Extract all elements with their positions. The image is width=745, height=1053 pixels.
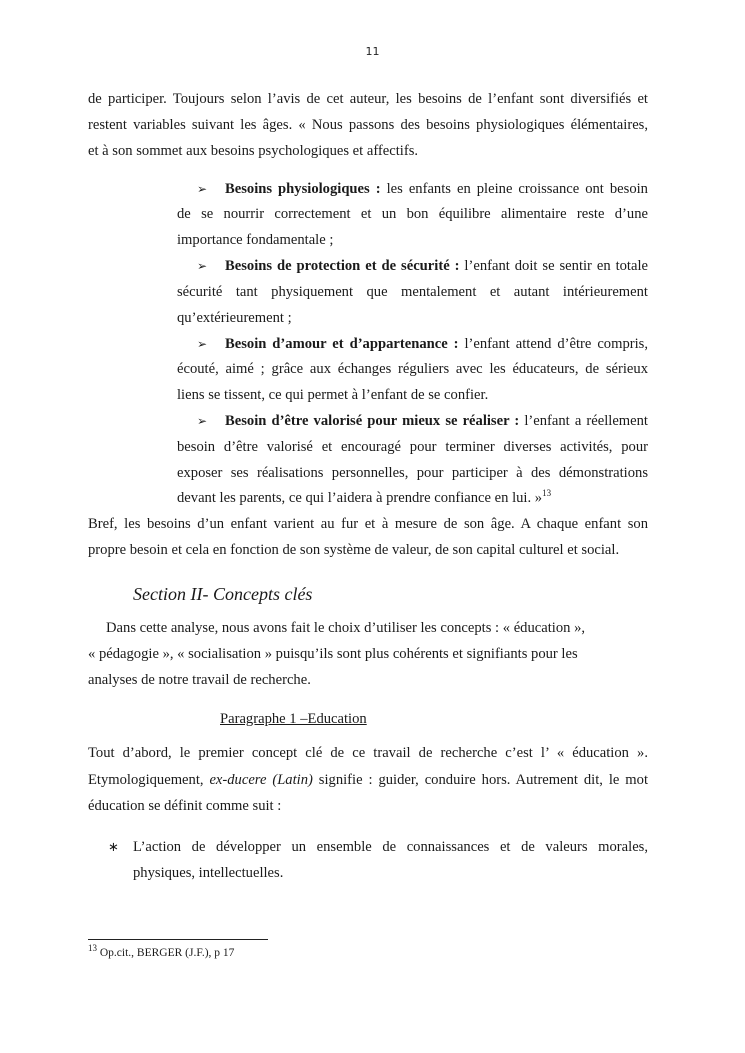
bullet-text: devant les parents, ce qui l’aidera à pr… [177,489,648,507]
bullet-text: écouté, aimé ; grâce aux échanges réguli… [177,360,648,378]
bullet-title: Besoin d’amour et d’appartenance : [225,336,459,352]
bullet-title: Besoin d’être valorisé pour mieux se réa… [225,413,519,429]
body-text: éducation se définit comme suit : [88,797,648,815]
body-text: restent variables suivant les âges. « No… [88,116,648,134]
star-bullet-icon: ∗ [108,839,119,855]
arrow-bullet-icon: ➢ [197,412,225,430]
section-heading: Section II- Concepts clés [133,584,312,605]
bullet-item: ➢Besoin d’être valorisé pour mieux se ré… [177,412,648,430]
body-text: Bref, les besoins d’un enfant varient au… [88,515,648,533]
bullet-text: exposer ses réalisations personnelles, p… [177,464,648,482]
bullet-text: sécurité tant physiquement que mentaleme… [177,283,648,301]
body-text: « pédagogie », « socialisation » puisqu’… [88,645,648,663]
latin-term: ex-ducere (Latin) [209,772,312,788]
footnote: 13 Op.cit., BERGER (J.F.), p 17 [88,947,234,959]
footnote-ref[interactable]: 13 [542,488,551,498]
bullet-text: liens se tissent, ce qui permet à l’enfa… [177,386,648,404]
bullet-title: Besoins de protection et de sécurité : [225,258,459,274]
body-text: Tout d’abord, le premier concept clé de … [88,744,648,762]
bullet-text: de se nourrir correctement et un bon équ… [177,205,648,223]
body-text: de participer. Toujours selon l’avis de … [88,90,648,108]
bullet-item: ➢Besoins de protection et de sécurité : … [177,257,648,275]
bullet-item: ➢Besoins physiologiques : les enfants en… [177,180,648,198]
arrow-bullet-icon: ➢ [197,180,225,198]
footnote-number: 13 [88,943,97,953]
body-text: propre besoin et cela en fonction de son… [88,541,648,559]
arrow-bullet-icon: ➢ [197,335,225,353]
bullet-text: importance fondamentale ; [177,231,648,249]
body-text: Dans cette analyse, nous avons fait le c… [106,619,666,637]
bullet-text: besoin d’être valorisé et encouragé pour… [177,438,648,456]
arrow-bullet-icon: ➢ [197,257,225,275]
body-text: analyses de notre travail de recherche. [88,671,648,689]
body-text: Etymologiquement, ex-ducere (Latin) sign… [88,771,648,789]
paragraph-heading: Paragraphe 1 –Education [220,711,367,728]
body-text: et à son sommet aux besoins psychologiqu… [88,142,648,160]
footnote-separator [88,939,268,940]
bullet-text: L’action de développer un ensemble de co… [133,838,648,856]
bullet-item: ➢Besoin d’amour et d’appartenance : l’en… [177,335,648,353]
bullet-title: Besoins physiologiques : [225,181,381,197]
bullet-text: physiques, intellectuelles. [133,864,648,882]
bullet-text: qu’extérieurement ; [177,309,648,327]
page-number: 11 [0,45,745,58]
